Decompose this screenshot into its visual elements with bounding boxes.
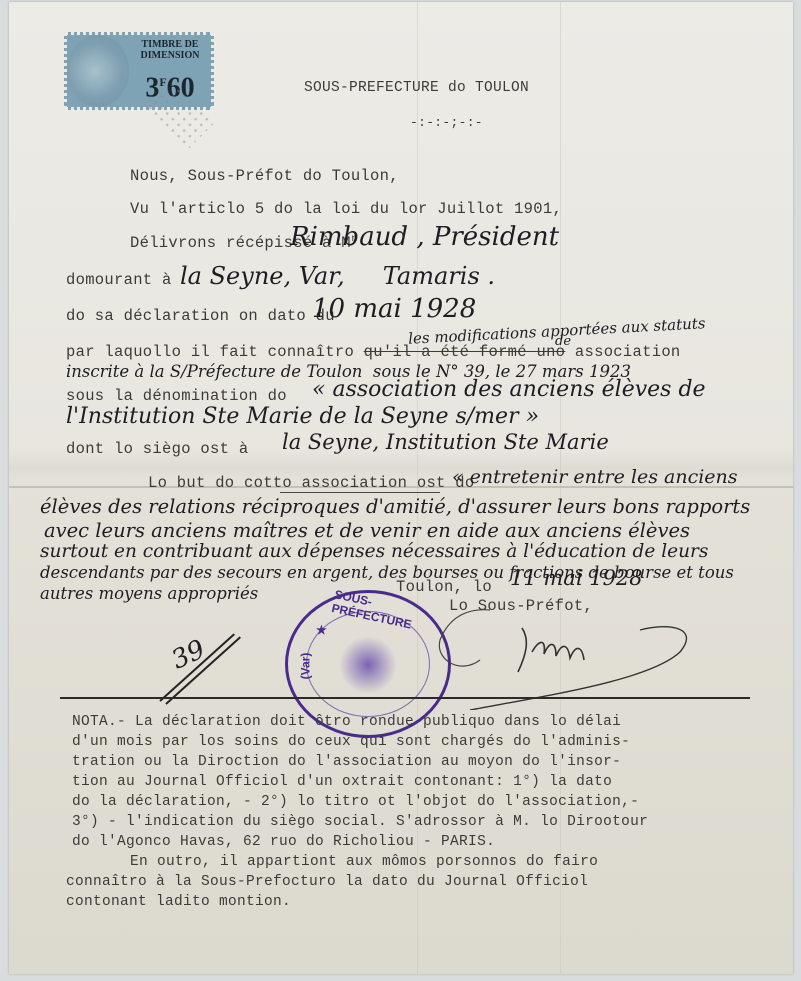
declaration-date: 10 mai 1928 xyxy=(312,294,476,324)
legal-reference: Vu l'articlo 5 do la loi du lor Juillot … xyxy=(130,200,562,218)
purpose-line: par laquollo il fait connaîtro qu'il a é… xyxy=(66,343,681,361)
document-title: SOUS-PREFECTURE do TOULON xyxy=(304,80,529,96)
purpose-text-2: élèves des relations réciproques d'amiti… xyxy=(40,495,750,518)
signature-icon xyxy=(430,600,710,710)
star-icon: ★ xyxy=(316,623,327,637)
nota-line: contonant ladito montion. xyxy=(66,894,291,910)
nota-line: En outro, il appartiont aux mômos porson… xyxy=(130,854,598,870)
nota-line: do l'Agonco Havas, 62 ruo do Richoliou -… xyxy=(72,834,495,850)
purpose-text-4: surtout en contribuant aux dépenses néce… xyxy=(40,541,708,562)
denomination-label: sous la dénomination do xyxy=(66,387,287,405)
purpose-label: Lo but do cotto association ost do xyxy=(148,474,474,492)
residence-value: la Seyne, Var, Tamaris . xyxy=(180,262,495,290)
seat-label: dont lo siègo ost à xyxy=(66,440,248,458)
place-date-label: Toulon, lo xyxy=(396,578,492,596)
purpose-text-1: « entretenir entre les anciens xyxy=(452,466,738,488)
stamp-label-1: TIMBRE DE xyxy=(129,39,211,50)
stamp-label-2: DIMENSION xyxy=(129,50,211,61)
seat-value: la Seyne, Institution Ste Marie xyxy=(282,430,609,454)
underline xyxy=(280,492,440,493)
purpose-text-3: avec leurs anciens maîtres et de venir e… xyxy=(44,519,690,542)
struck-text: qu'il a été formé uno xyxy=(364,343,566,361)
nota-line: NOTA.- La déclaration doit ôtro rondue p… xyxy=(72,714,621,730)
nota-line: connaîtro à la Sous-Prefocturo la dato d… xyxy=(66,874,588,890)
association-name-1: « association des anciens élèves de xyxy=(312,377,706,402)
section-divider xyxy=(60,697,750,699)
title-separator: -:-:-;-:- xyxy=(410,115,483,130)
nota-line: 3°) - l'indication du siègo social. S'ad… xyxy=(72,814,648,830)
issue-date: 11 mai 1928 xyxy=(510,566,643,590)
declaration-date-label: do sa déclaration on dato du xyxy=(66,307,335,325)
opening-line: Nous, Sous-Préfot do Toulon, xyxy=(130,167,399,185)
marianne-portrait-icon xyxy=(67,35,129,107)
nota-line: d'un mois par los soins do ceux qui sont… xyxy=(72,734,630,750)
residence-label: domourant à xyxy=(66,271,172,289)
seal-text-side: (Var) xyxy=(298,653,312,680)
nota-line: do la déclaration, - 2°) lo titro ot l'o… xyxy=(72,794,639,810)
seal-emblem-icon xyxy=(338,637,398,693)
nota-line: tration ou la Diroction do l'association… xyxy=(72,754,621,770)
president-name: Rimbaud , Président xyxy=(290,222,559,252)
purpose-text-6: autres moyens appropriés xyxy=(40,584,258,603)
association-name-2: l'Institution Ste Marie de la Seyne s/me… xyxy=(66,404,539,429)
nota-line: tion au Journal Officiol d'un oxtrait co… xyxy=(72,774,612,790)
